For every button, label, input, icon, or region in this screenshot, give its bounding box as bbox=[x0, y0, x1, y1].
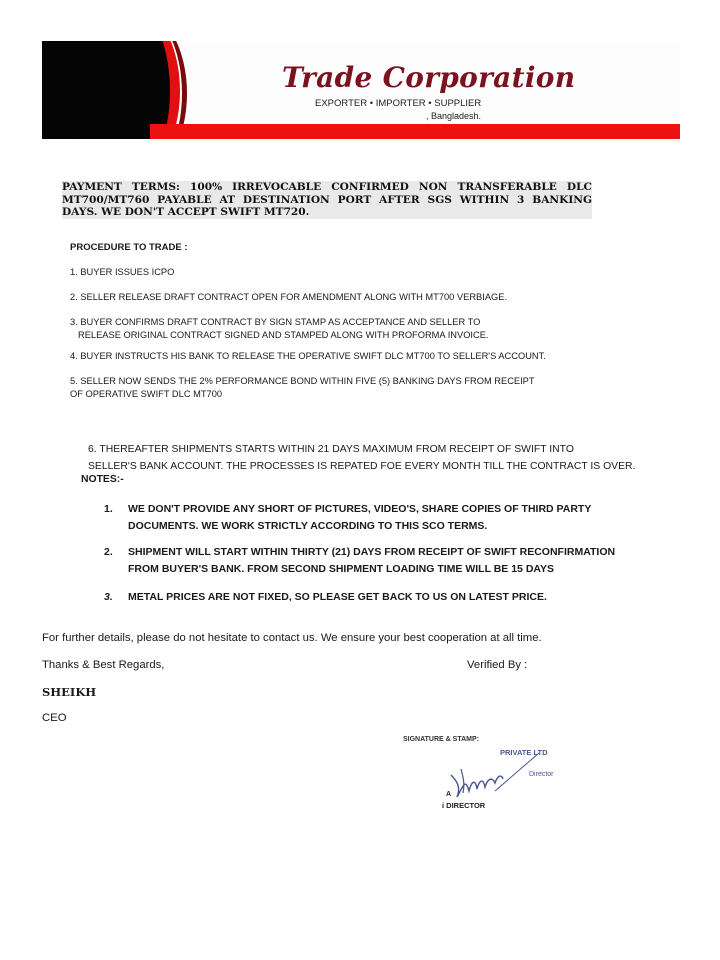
company-location: , Bangladesh. bbox=[426, 111, 481, 121]
step-text: 1. BUYER ISSUES ICPO bbox=[70, 267, 174, 277]
closing-message: For further details, please do not hesit… bbox=[42, 632, 542, 644]
procedure-title: PROCEDURE TO TRADE : bbox=[70, 242, 188, 253]
step-text-continued: SELLER'S BANK ACCOUNT. THE PROCESSES IS … bbox=[88, 458, 635, 475]
signer-name: SHEIKH bbox=[42, 685, 96, 699]
verified-by: Verified By : bbox=[467, 659, 527, 671]
company-name: Trade Corporation bbox=[282, 61, 575, 94]
stamp-label: SIGNATURE & STAMP: bbox=[403, 736, 479, 743]
regards: Thanks & Best Regards, bbox=[42, 659, 164, 671]
procedure-step: 5. SELLER NOW SENDS THE 2% PERFORMANCE B… bbox=[70, 375, 535, 401]
signer-title: CEO bbox=[42, 712, 66, 724]
signature-icon bbox=[443, 747, 553, 807]
procedure-step: 3. BUYER CONFIRMS DRAFT CONTRACT BY SIGN… bbox=[70, 316, 489, 342]
step-text: 4. BUYER INSTRUCTS HIS BANK TO RELEASE T… bbox=[70, 351, 546, 361]
note-text-continued: FROM BUYER'S BANK. FROM SECOND SHIPMENT … bbox=[104, 561, 615, 578]
note-text: METAL PRICES ARE NOT FIXED, SO PLEASE GE… bbox=[128, 591, 547, 603]
step-text: 2. SELLER RELEASE DRAFT CONTRACT OPEN FO… bbox=[70, 292, 507, 302]
letterhead-red-bar bbox=[150, 124, 680, 139]
stamp-director-caption: i DIRECTOR bbox=[442, 801, 485, 810]
note-text: SHIPMENT WILL START WITHIN THIRTY (21) D… bbox=[128, 546, 615, 558]
note-text: WE DON'T PROVIDE ANY SHORT OF PICTURES, … bbox=[128, 503, 591, 515]
stamp-initial: A bbox=[446, 791, 451, 798]
procedure-step: 6. THEREAFTER SHIPMENTS STARTS WITHIN 21… bbox=[88, 441, 635, 475]
procedure-step: 4. BUYER INSTRUCTS HIS BANK TO RELEASE T… bbox=[70, 350, 546, 363]
signature-stamp: SIGNATURE & STAMP: PRIVATE LTD Director … bbox=[398, 733, 578, 817]
note-text-continued: DOCUMENTS. WE WORK STRICTLY ACCORDING TO… bbox=[104, 518, 591, 535]
step-text: 5. SELLER NOW SENDS THE 2% PERFORMANCE B… bbox=[70, 376, 535, 386]
payment-terms: PAYMENT TERMS: 100% IRREVOCABLE CONFIRME… bbox=[62, 181, 592, 219]
procedure-step: 1. BUYER ISSUES ICPO bbox=[70, 266, 174, 279]
step-text-continued: RELEASE ORIGINAL CONTRACT SIGNED AND STA… bbox=[70, 329, 489, 342]
company-tagline: EXPORTER • IMPORTER • SUPPLIER bbox=[315, 98, 481, 109]
letterhead: Trade Corporation EXPORTER • IMPORTER • … bbox=[42, 41, 680, 139]
procedure-step: 2. SELLER RELEASE DRAFT CONTRACT OPEN FO… bbox=[70, 291, 507, 304]
note-number: 1. bbox=[104, 501, 128, 518]
note-item: 3.METAL PRICES ARE NOT FIXED, SO PLEASE … bbox=[104, 589, 547, 606]
note-item: 1.WE DON'T PROVIDE ANY SHORT OF PICTURES… bbox=[104, 501, 591, 535]
note-number: 3. bbox=[104, 589, 128, 606]
notes-title: NOTES:- bbox=[81, 474, 124, 485]
note-item: 2.SHIPMENT WILL START WITHIN THIRTY (21)… bbox=[104, 544, 615, 578]
step-text-continued: OF OPERATIVE SWIFT DLC MT700 bbox=[70, 388, 535, 401]
step-text: 3. BUYER CONFIRMS DRAFT CONTRACT BY SIGN… bbox=[70, 317, 480, 327]
note-number: 2. bbox=[104, 544, 128, 561]
step-text: 6. THEREAFTER SHIPMENTS STARTS WITHIN 21… bbox=[88, 444, 574, 455]
